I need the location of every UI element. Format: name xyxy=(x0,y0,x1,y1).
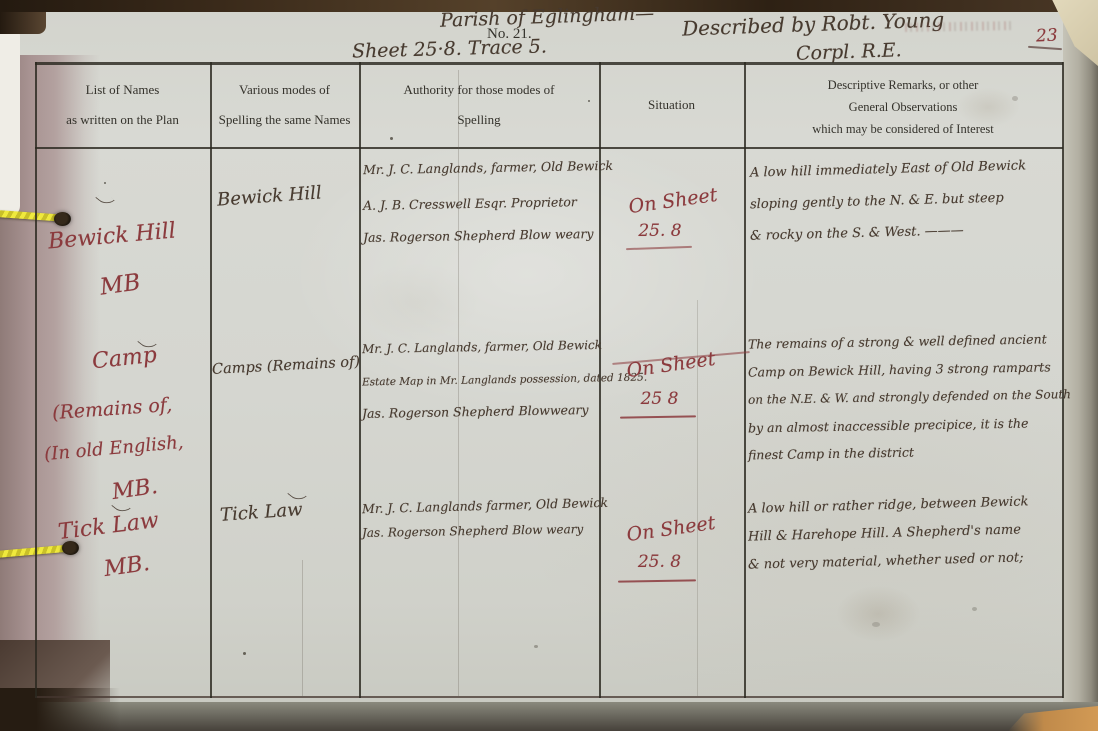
rank-line: Corpl. R.E. xyxy=(796,39,902,65)
header-remarks-line3: which may be considered of Interest xyxy=(744,122,1062,137)
header-bottom-rule xyxy=(35,147,1063,149)
book-bottom-edge xyxy=(0,702,1098,731)
book-bottom-left-corner xyxy=(0,688,120,731)
page-number: 23 xyxy=(1035,25,1058,46)
header-remarks-line1: Descriptive Remarks, or other xyxy=(744,78,1062,93)
ink-speck xyxy=(243,652,246,655)
book-top-corner xyxy=(0,12,46,34)
name-book-scan: Parish of Eglingham— No. 21. Sheet 25·8.… xyxy=(0,0,1098,731)
table-top-rule xyxy=(35,62,1063,65)
table-bottom-rule xyxy=(35,696,1063,698)
ink-speck xyxy=(390,137,393,140)
header-spelling-line1: Various modes of xyxy=(210,82,359,98)
table-right-rule xyxy=(1062,62,1064,698)
header-authority-line1: Authority for those modes of xyxy=(359,82,599,98)
ink-speck xyxy=(104,182,106,184)
situation-number: 25. 8 xyxy=(625,221,695,241)
header-authority-line2: Spelling xyxy=(359,112,599,128)
stain-spot xyxy=(872,622,880,627)
ink-speck xyxy=(588,100,590,102)
table-left-rule xyxy=(35,62,37,698)
col-divider-1 xyxy=(210,62,212,698)
page-stack-right-edge xyxy=(1063,10,1098,710)
header-remarks-line2: General Observations xyxy=(744,100,1062,115)
remarks-line: finest Camp in the district xyxy=(748,445,914,463)
binding-hole-top xyxy=(54,212,71,226)
col-divider-2 xyxy=(359,62,361,698)
under-page-edge xyxy=(0,26,20,216)
col-divider-4 xyxy=(744,62,746,698)
header-names-line1: List of Names xyxy=(35,82,210,98)
paper-crease-3 xyxy=(302,560,303,696)
stain-spot xyxy=(1012,96,1018,101)
header-situation: Situation xyxy=(599,97,744,113)
faint-stamp xyxy=(905,21,1013,32)
header-spelling-line2: Spelling the same Names xyxy=(210,112,359,128)
examiner-monogram: MB xyxy=(98,269,142,300)
header-names-line2: as written on the Plan xyxy=(35,112,210,128)
situation-number: 25 8 xyxy=(622,389,697,409)
situation-number: 25. 8 xyxy=(622,552,697,572)
stain-spot xyxy=(972,607,977,611)
ink-speck xyxy=(534,645,538,648)
